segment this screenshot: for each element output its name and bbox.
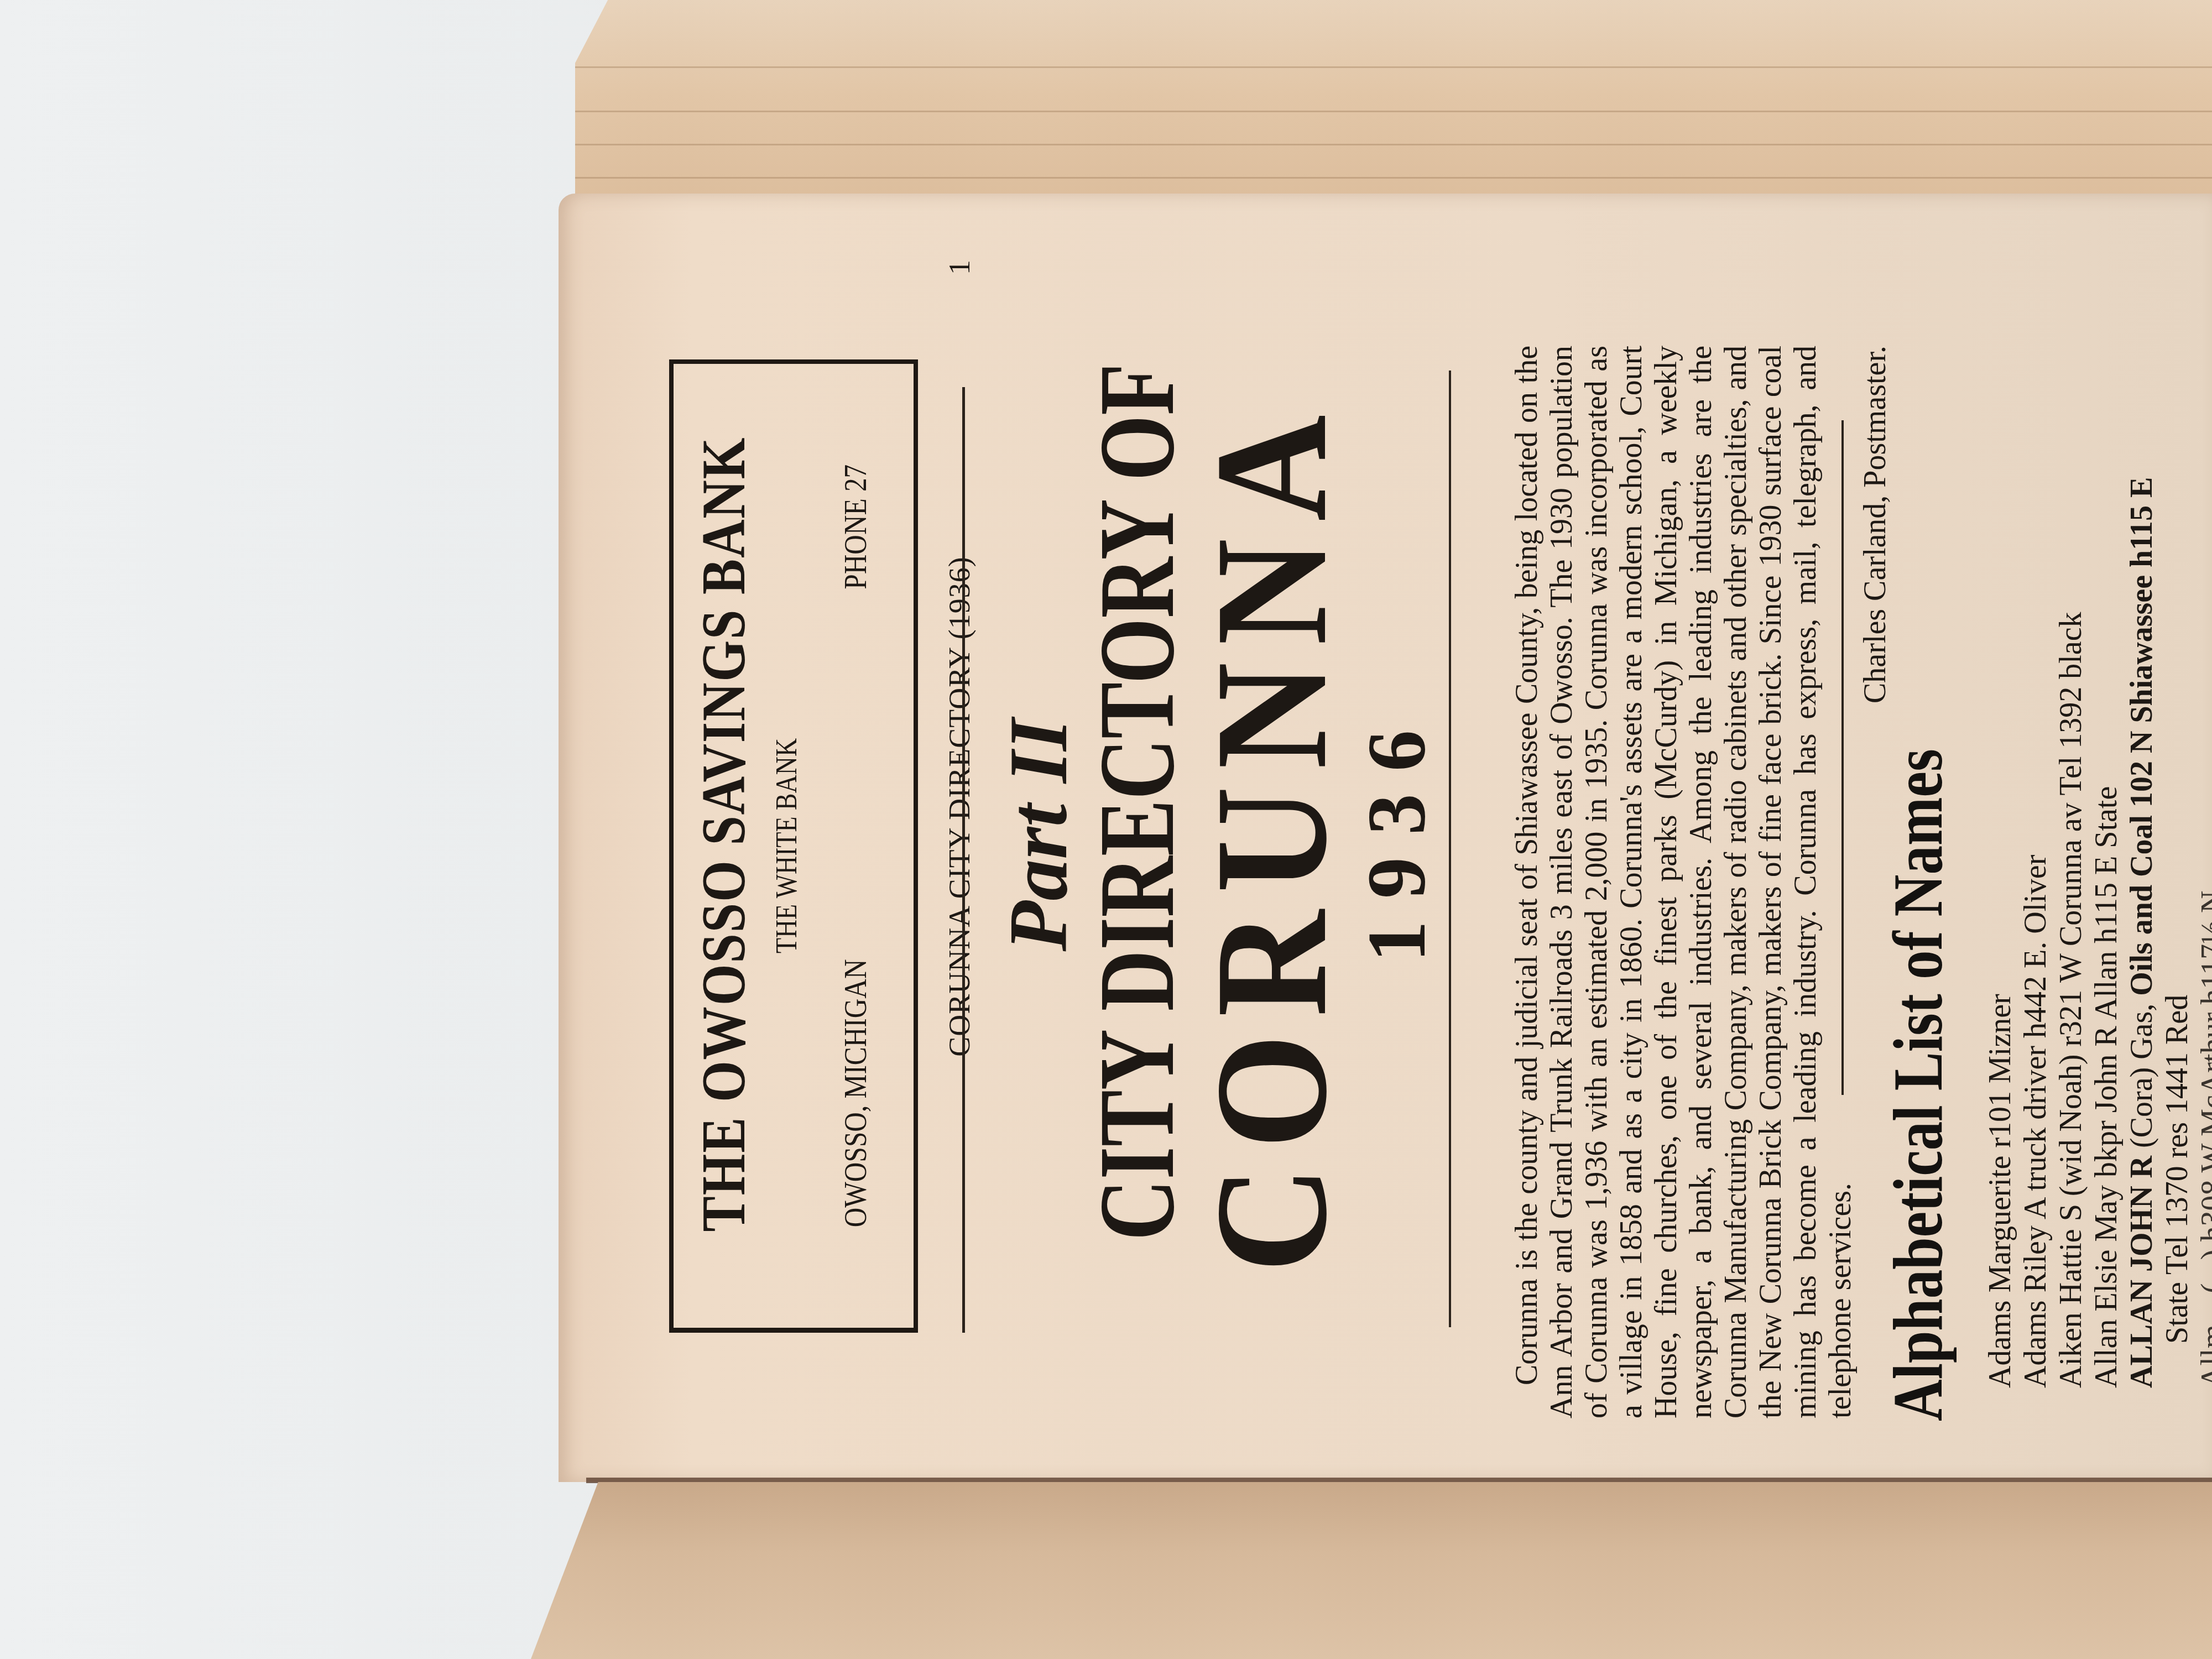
list-item: Allm... (...) h308 W McArthur h117½ N xyxy=(2195,227,2212,1388)
entry-text: State Tel 1370 res 1441 Red xyxy=(2160,995,2194,1344)
page-edge-line xyxy=(575,144,2212,145)
entry-text: Adams Marguerite r101 Mizner xyxy=(1983,994,2017,1388)
alphabetical-list-heading: Alphabetical List of Names xyxy=(1877,560,1959,1421)
intro-text: Corunna is the county and judicial seat … xyxy=(1510,346,1858,1418)
bank-title: THE OWOSSO SAVINGS BANK xyxy=(690,460,758,1232)
list-item: Allan Elsie May bkpr John R Allan h115 E… xyxy=(2089,227,2124,1388)
bank-contact-row: OWOSSO, MICHIGAN PHONE 27 xyxy=(837,465,874,1228)
list-item: State Tel 1370 res 1441 Red xyxy=(2159,227,2195,1388)
page-stack-edges xyxy=(575,0,2212,210)
page-edge-line xyxy=(575,66,2212,68)
bank-advertisement: THE OWOSSO SAVINGS BANK THE WHITE BANK O… xyxy=(669,359,918,1333)
section-rule xyxy=(1449,371,1451,1327)
alphabetical-list: Adams Marguerite r101 Mizner Adams Riley… xyxy=(1983,227,2212,1388)
entry-text: Allan Elsie May bkpr John R Allan h115 E… xyxy=(2089,786,2124,1388)
paragraph-rule xyxy=(1841,420,1844,1095)
list-item: Adams Marguerite r101 Mizner xyxy=(1983,227,2018,1388)
page-edge-line xyxy=(575,177,2212,179)
list-item: Aiken Hattie S (wid Noah) r321 W Corunna… xyxy=(2053,227,2089,1388)
page-number: 1 xyxy=(942,260,977,275)
title-line: CITY DIRECTORY OF xyxy=(1083,430,1191,1240)
entry-business-bold: Oils and Coal 102 N Shiawassee h115 E xyxy=(2125,477,2159,996)
header-rule xyxy=(962,387,965,1333)
entry-text: Adams Riley A truck driver h442 E. Olive… xyxy=(2018,855,2053,1388)
entry-text: Allm... (...) h308 W McArthur h117½ N xyxy=(2195,890,2212,1388)
bank-location: OWOSSO, MICHIGAN xyxy=(837,959,874,1227)
entry-text: (Cora) Gas, xyxy=(2125,996,2159,1156)
part-label: Part II xyxy=(995,315,1083,1355)
running-head-title: CORUNNA CITY DIRECTORY (1936) xyxy=(942,275,977,1338)
facing-page xyxy=(531,1482,2212,1659)
city-name: CORUNNA xyxy=(1191,357,1352,1313)
bank-phone: PHONE 27 xyxy=(837,465,874,589)
entry-name-bold: ALLAN JOHN R xyxy=(2125,1156,2159,1388)
intro-paragraph: Corunna is the county and judicial seat … xyxy=(1510,346,1853,1418)
page-edge-line xyxy=(575,111,2212,112)
list-item: ALLAN JOHN R (Cora) Gas, Oils and Coal 1… xyxy=(2124,227,2159,1388)
list-item: Adams Riley A truck driver h442 E. Olive… xyxy=(2018,227,2053,1388)
running-head: CORUNNA CITY DIRECTORY (1936) 1 xyxy=(935,260,984,1338)
title-block: Part II CITY DIRECTORY OF CORUNNA 1936 xyxy=(995,315,1493,1355)
entry-text: Aiken Hattie S (wid Noah) r321 W Corunna… xyxy=(2054,612,2088,1388)
directory-year: 1936 xyxy=(1352,315,1443,1355)
bank-subtitle: THE WHITE BANK xyxy=(769,465,804,1228)
